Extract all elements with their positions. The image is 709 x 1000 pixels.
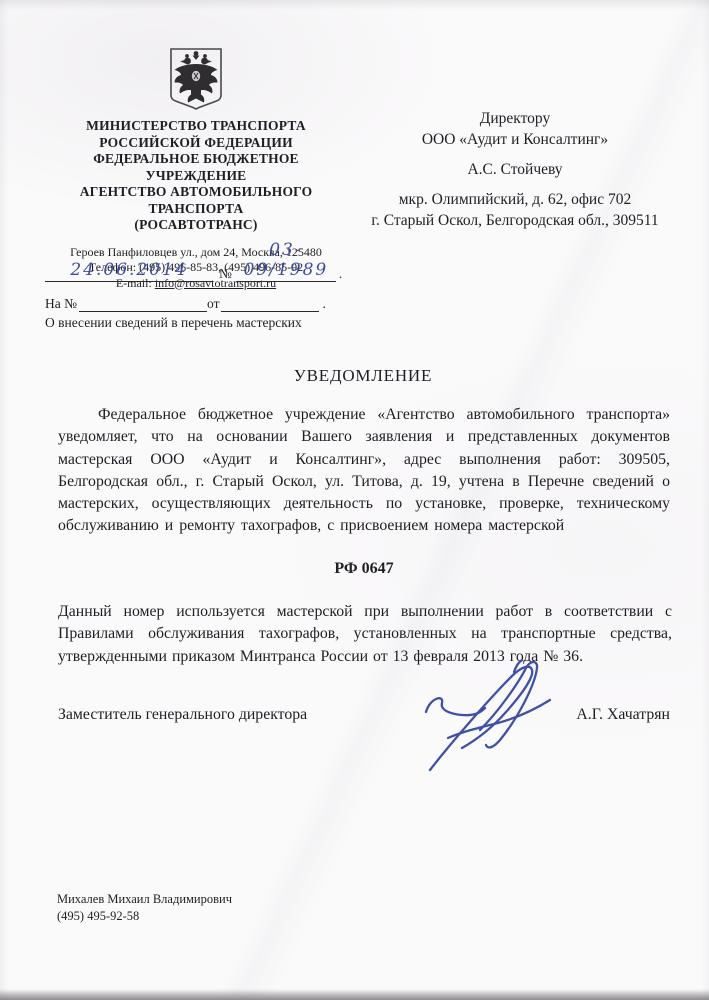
handwritten-date: 24.06.2014: [70, 260, 187, 280]
sender-org-line: МИНИСТЕРСТВО ТРАНСПОРТА: [45, 118, 347, 135]
reply-label: На №: [45, 296, 79, 312]
addressee-block: Директору ООО «Аудит и Консалтинг» А.С. …: [340, 108, 690, 231]
russian-coat-of-arms-icon: [168, 46, 224, 110]
scan-bottom-edge: [0, 990, 709, 1000]
date-number-line: 24.06.2014 № 03-09/1989 .: [45, 254, 345, 282]
addressee-city: г. Старый Оскол, Белгородская обл., 3095…: [340, 210, 690, 231]
scanned-letter-page: МИНИСТЕРСТВО ТРАНСПОРТА РОССИЙСКОЙ ФЕДЕР…: [0, 0, 709, 1000]
from-date-blank: [221, 311, 319, 312]
number-sign: №: [213, 266, 236, 282]
executor-name: Михалев Михаил Владимирович: [57, 891, 232, 908]
handwritten-number: 03-09/1989: [244, 240, 329, 280]
sender-org-line: АГЕНТСТВО АВТОМОБИЛЬНОГО: [45, 184, 347, 201]
reference-block: 24.06.2014 № 03-09/1989 . На № от .: [45, 254, 345, 312]
body-paragraph-1: Федеральное бюджетное учреждение «Агентс…: [58, 404, 670, 538]
sender-org-line: ТРАНСПОРТА: [45, 201, 347, 218]
addressee-title: Директору: [340, 108, 690, 129]
executor-phone: (495) 495-92-58: [57, 908, 232, 925]
period: .: [319, 296, 325, 312]
executor-contact: Михалев Михаил Владимирович (495) 495-92…: [57, 891, 232, 924]
subject-line: О внесении сведений в перечень мастерски…: [45, 315, 405, 331]
sender-org-line: ФЕДЕРАЛЬНОЕ БЮДЖЕТНОЕ УЧРЕЖДЕНИЕ: [45, 151, 347, 184]
signer-position: Заместитель генерального директора: [58, 706, 307, 724]
addressee-company: ООО «Аудит и Консалтинг»: [340, 129, 690, 150]
signer-name: А.Г. Хачатрян: [460, 706, 670, 724]
addressee-street: мкр. Олимпийский, д. 62, офис 702: [340, 189, 690, 210]
sender-org-line: РОССИЙСКОЙ ФЕДЕРАЦИИ: [45, 135, 347, 152]
period: .: [336, 266, 342, 282]
spacer: [340, 150, 690, 159]
spacer: [340, 180, 690, 189]
reply-number-blank: [79, 311, 207, 312]
document-title: УВЕДОМЛЕНИЕ: [60, 366, 666, 386]
workshop-number: РФ 0647: [58, 560, 670, 578]
from-label: от: [207, 296, 221, 312]
reply-reference-line: На № от .: [45, 286, 345, 312]
addressee-person: А.С. Стойчеву: [340, 159, 690, 180]
sender-org-line: (РОСАВТОТРАНС): [45, 217, 347, 234]
